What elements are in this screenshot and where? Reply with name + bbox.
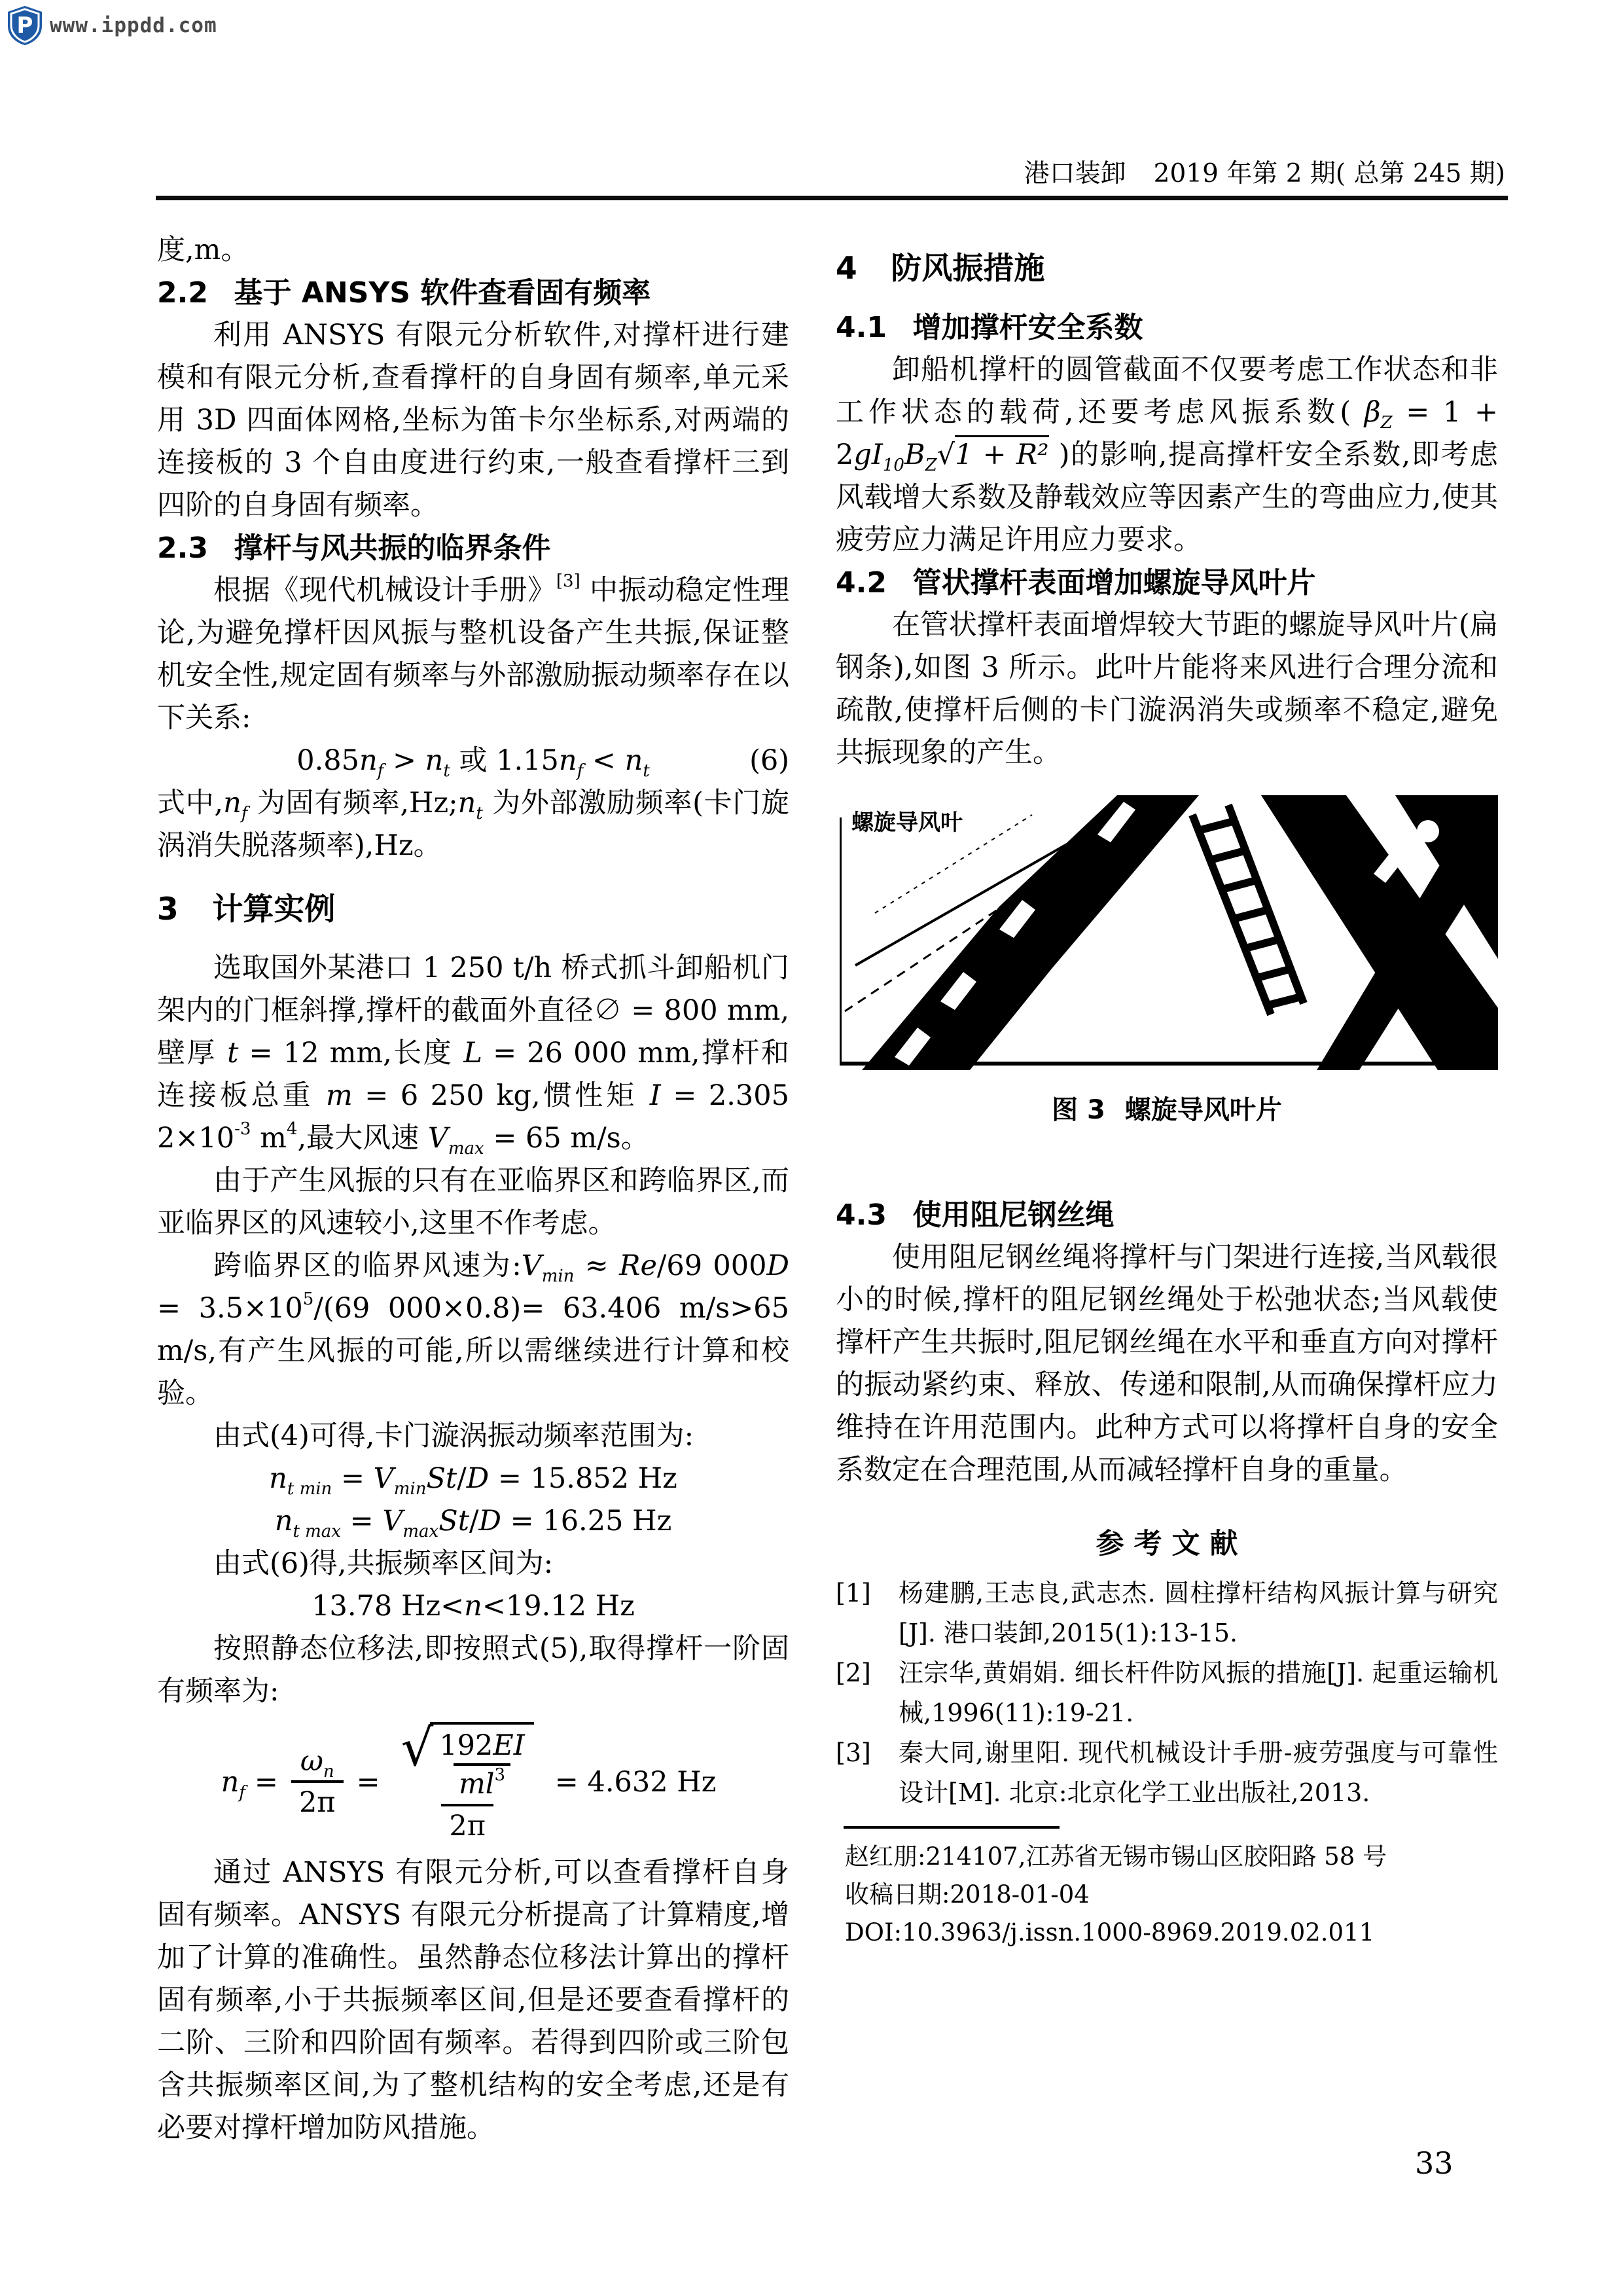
paragraph-continuation: 度,m。 — [157, 229, 789, 272]
fraction-omega: ωn 2π — [291, 1746, 344, 1820]
reference-number: [2] — [836, 1653, 899, 1733]
reference-number: [1] — [836, 1573, 899, 1653]
section-heading-4: 4防风振措施 — [836, 246, 1498, 292]
column-right: 4防风振措施 4.1增加撑杆安全系数 卸船机撑杆的圆管截面不仅要考虑工作状态和非… — [836, 229, 1498, 1952]
equation-frequency-range: 13.78 Hz<n<19.12 Hz — [157, 1585, 789, 1628]
reference-text: 秦大同,谢里阳. 现代机械设计手册-疲劳强度与可靠性设计[M]. 北京:北京化学… — [899, 1733, 1498, 1813]
shield-icon: P — [7, 5, 43, 46]
figure-image — [836, 795, 1498, 1070]
logo-text: www.ippdd.com — [50, 14, 217, 37]
section-heading-2-2: 2.2基于 ANSYS 软件查看固有频率 — [157, 272, 789, 314]
reference-item: [2] 汪宗华,黄娟娟. 细长杆件防风振的措施[J]. 起重运输机械,1996(… — [836, 1653, 1498, 1733]
equation-ntmax: nt max = VmaxSt/D = 16.25 Hz — [157, 1500, 789, 1543]
section-heading-2-3: 2.3撑杆与风共振的临界条件 — [157, 527, 789, 569]
reference-text: 汪宗华,黄娟娟. 细长杆件防风振的措施[J]. 起重运输机械,1996(11):… — [899, 1653, 1498, 1733]
paragraph: 在管状撑杆表面增焊较大节距的螺旋导风叶片(扁钢条),如图 3 所示。此叶片能将来… — [836, 604, 1498, 774]
footnote-line-doi: DOI:10.3963/j.issn.1000-8969.2019.02.011 — [845, 1914, 1498, 1952]
paragraph: 式中,nf 为固有频率,Hz;nt 为外部激励频率(卡门旋涡消失脱落频率),Hz… — [157, 782, 789, 867]
paragraph: 跨临界区的临界风速为:Vmin ≈ Re/69 000D = 3.5×105/(… — [157, 1245, 789, 1415]
column-left: 度,m。 2.2基于 ANSYS 软件查看固有频率 利用 ANSYS 有限元分析… — [157, 229, 789, 2149]
fraction-inner: 192EI ml3 — [434, 1730, 529, 1801]
equation-first-order-frequency: nf = ωn 2π = √ 192EI ml3 2π = 4. — [157, 1722, 789, 1842]
issue-info: 2019 年第 2 期( 总第 245 期) — [1154, 159, 1505, 188]
references-title: 参 考 文 献 — [836, 1523, 1498, 1566]
footnote-line-address: 赵红朋:214107,江苏省无锡市锡山区胶阳路 58 号 — [845, 1838, 1498, 1876]
paragraph: 根据《现代机械设计手册》[3] 中振动稳定性理论,为避免撑杆因风振与整机设备产生… — [157, 569, 789, 740]
figure-3: 螺旋导风叶 — [836, 795, 1498, 1070]
section-heading-4-3: 4.3使用阻尼钢丝绳 — [836, 1194, 1498, 1236]
paragraph: 由式(4)可得,卡门漩涡振动频率范围为: — [157, 1415, 789, 1458]
reference-item: [1] 杨建鹏,王志良,武志杰. 圆柱撑杆结构风振计算与研究[J]. 港口装卸,… — [836, 1573, 1498, 1653]
paragraph: 按照静态位移法,即按照式(5),取得撑杆一阶固有频率为: — [157, 1628, 789, 1713]
section-heading-3: 3计算实例 — [157, 887, 789, 933]
footnote: 赵红朋:214107,江苏省无锡市锡山区胶阳路 58 号 收稿日期:2018-0… — [845, 1838, 1498, 1952]
paragraph: 通过 ANSYS 有限元分析,可以查看撑杆自身固有频率。ANSYS 有限元分析提… — [157, 1852, 789, 2149]
page-number: 33 — [1415, 2145, 1454, 2181]
journal-title: 港口装卸 — [1024, 159, 1126, 188]
journal-page: { "logo": { "url_text": "www.ippdd.com",… — [0, 0, 1623, 2296]
section-heading-4-1: 4.1增加撑杆安全系数 — [836, 306, 1498, 349]
footnote-rule — [844, 1826, 1060, 1829]
paragraph: 卸船机撑杆的圆管截面不仅要考虑工作状态和非工作状态的载荷,还要考虑风振系数( β… — [836, 349, 1498, 562]
equation-ntmin: nt min = VminSt/D = 15.852 Hz — [157, 1458, 789, 1500]
figure-caption: 图 3螺旋导风叶片 — [836, 1092, 1498, 1128]
paragraph: 由式(6)得,共振频率区间为: — [157, 1543, 789, 1585]
reference-item: [3] 秦大同,谢里阳. 现代机械设计手册-疲劳强度与可靠性设计[M]. 北京:… — [836, 1733, 1498, 1813]
reference-text: 杨建鹏,王志良,武志杰. 圆柱撑杆结构风振计算与研究[J]. 港口装卸,2015… — [899, 1573, 1498, 1653]
figure-label: 螺旋导风叶 — [849, 810, 965, 836]
references-list: [1] 杨建鹏,王志良,武志杰. 圆柱撑杆结构风振计算与研究[J]. 港口装卸,… — [836, 1573, 1498, 1813]
paragraph: 选取国外某港口 1 250 t/h 桥式抓斗卸船机门架内的门框斜撑,撑杆的截面外… — [157, 947, 789, 1160]
svg-text:P: P — [17, 12, 33, 39]
paragraph: 利用 ANSYS 有限元分析软件,对撑杆进行建模和有限元分析,查看撑杆的自身固有… — [157, 314, 789, 527]
paragraph: 使用阻尼钢丝绳将撑杆与门架进行连接,当风载很小的时候,撑杆的阻尼钢丝绳处于松弛状… — [836, 1236, 1498, 1492]
radical: √ 192EI ml3 — [401, 1722, 534, 1801]
fraction-radical: √ 192EI ml3 2π — [393, 1722, 542, 1842]
header-rule — [156, 196, 1508, 200]
equation-6: 0.85nf > nt 或 1.15nf < nt (6) — [157, 740, 789, 782]
section-heading-4-2: 4.2管状撑杆表面增加螺旋导风叶片 — [836, 562, 1498, 604]
page-header: 港口装卸2019 年第 2 期( 总第 245 期) — [157, 153, 1505, 190]
footnote-line-received-date: 收稿日期:2018-01-04 — [845, 1876, 1498, 1914]
paragraph: 由于产生风振的只有在亚临界区和跨临界区,而亚临界区的风速较小,这里不作考虑。 — [157, 1160, 789, 1245]
equation-number: (6) — [749, 740, 789, 782]
watermark-logo: P www.ippdd.com — [7, 5, 217, 46]
reference-number: [3] — [836, 1733, 899, 1813]
